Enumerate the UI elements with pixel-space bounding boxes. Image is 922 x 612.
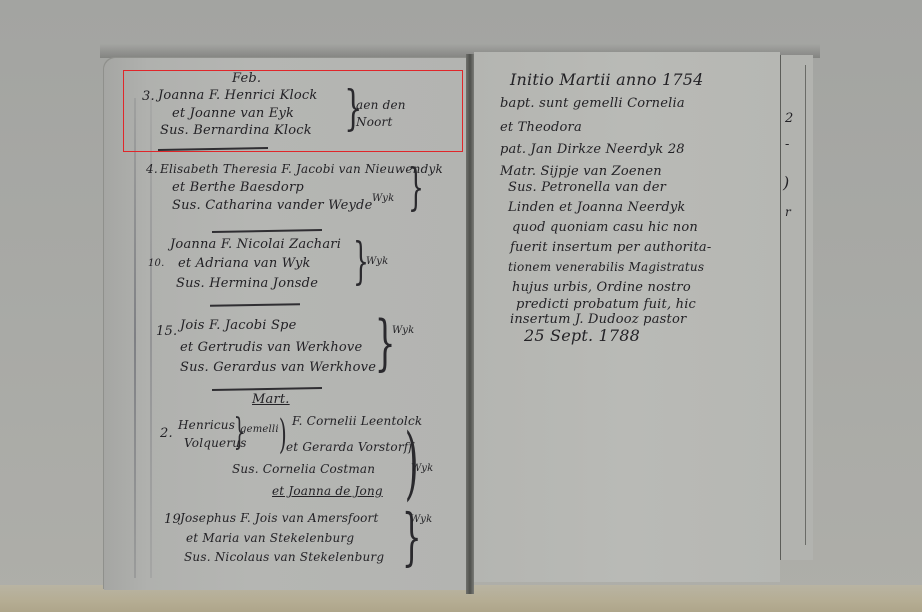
- record-line: Linden et Joanna Neerdyk: [508, 200, 685, 215]
- entry-day: 19: [164, 512, 181, 527]
- entry-place: Wyk: [411, 463, 433, 474]
- brace: }: [402, 500, 422, 573]
- entry-sponsor: Sus. Hermina Jonsde: [176, 276, 318, 291]
- record-line: fuerit insertum per authorita-: [510, 240, 711, 255]
- entry-sponsor: Sus. Catharina vander Weyde: [172, 198, 372, 213]
- entry-mother: et Gerarda Vorstorff: [286, 440, 413, 454]
- record-line: quod quoniam casu hic non: [512, 220, 698, 235]
- brace: }: [408, 158, 424, 216]
- record-line: bapt. sunt gemelli Cornelia: [500, 96, 685, 111]
- entry-place: Wyk: [392, 325, 414, 336]
- record-line: predicti probatum fuit, hic: [516, 297, 696, 312]
- entry-mother: et Berthe Baesdorp: [172, 180, 304, 195]
- record-line: hujus urbis, Ordine nostro: [512, 280, 691, 295]
- entry-day: 2.: [160, 426, 173, 441]
- record-line: Initio Martii anno 1754: [510, 70, 704, 89]
- entry-sponsor-2: et Joanna de Jong: [272, 484, 383, 498]
- entry-gemelli: gemelli: [240, 424, 279, 435]
- record-line: tionem venerabilis Magistratus: [508, 260, 704, 274]
- entry-place: Wyk: [410, 514, 432, 525]
- binding-line: [134, 98, 136, 578]
- entry-father: F. Cornelii Leentolck: [292, 414, 422, 428]
- entry-child-name-1: Henricus: [178, 418, 235, 432]
- margin-mark: ): [783, 173, 789, 192]
- record-line: insertum J. Dudooz pastor: [510, 312, 686, 327]
- entry-child-father: Elisabeth Theresia F. Jacobi van Nieuwen…: [160, 162, 443, 176]
- entry-mother: et Gertrudis van Werkhove: [180, 340, 362, 355]
- entry-mother: et Maria van Stekelenburg: [186, 531, 354, 545]
- entry-place: Wyk: [366, 256, 388, 267]
- brace: }: [375, 308, 396, 378]
- entry-day: 4.: [146, 162, 158, 176]
- entry-sponsor: Sus. Cornelia Costman: [232, 462, 375, 476]
- entry-sponsor: Sus. Gerardus van Werkhove: [180, 360, 376, 375]
- entry-place: Wyk: [372, 193, 394, 204]
- entry-sponsor: Sus. Nicolaus van Stekelenburg: [184, 550, 384, 564]
- record-line: et Theodora: [500, 120, 582, 135]
- margin-mark: 2: [785, 111, 793, 126]
- record-line: Matr. Sijpje van Zoenen: [500, 164, 662, 179]
- entry-child-father: Joanna F. Nicolai Zachari: [170, 237, 341, 252]
- entry-child-father: Jois F. Jacobi Spe: [180, 318, 296, 333]
- margin-mark: r: [785, 205, 791, 219]
- entry-day: 10.: [148, 258, 165, 269]
- record-line: 25 Sept. 1788: [524, 326, 640, 345]
- entry-child-father: Josephus F. Jois van Amersfoort: [180, 511, 379, 525]
- book-gutter: [466, 54, 474, 594]
- highlight-box: [123, 70, 463, 152]
- month-heading-mart: Mart.: [252, 392, 290, 407]
- margin-mark: -: [785, 137, 790, 152]
- record-line: pat. Jan Dirkze Neerdyk 28: [500, 142, 685, 157]
- record-line: Sus. Petronella van der: [508, 180, 666, 195]
- right-page-edge: 2 - ) r: [780, 55, 813, 560]
- entry-mother: et Adriana van Wyk: [178, 256, 311, 271]
- entry-day: 15.: [156, 324, 177, 339]
